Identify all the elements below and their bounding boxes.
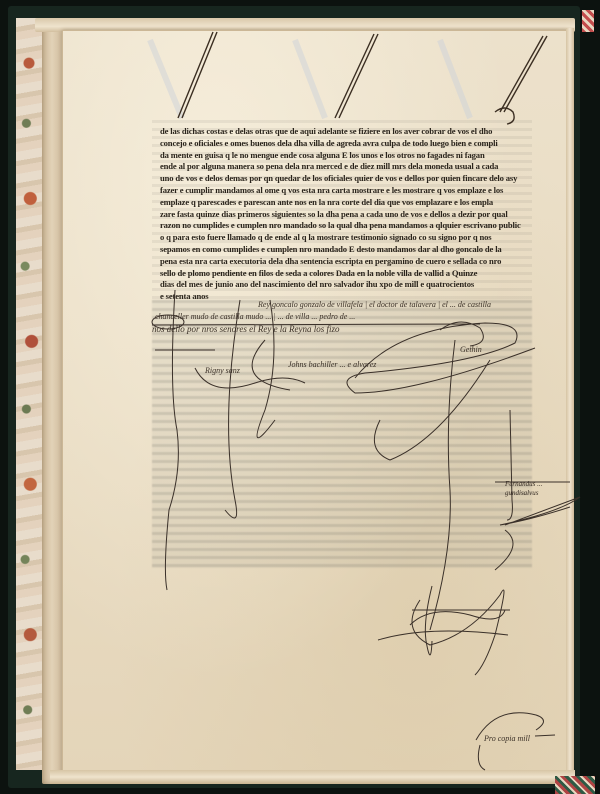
text-line: dias del mes de junio ano del nascimient… [160, 279, 540, 291]
signature-johns: Johns bachiller ... e alvarez [288, 360, 376, 369]
reverse-side-showthrough [152, 300, 532, 568]
bookmark-tassel-bottom [555, 776, 595, 794]
signature-fernandus: Fernandus ... gundisalvus [505, 480, 575, 498]
text-line: uno de vos e delos demas por qn quedar d… [160, 173, 540, 185]
text-line: o q para esto fuere llamado q de ende al… [160, 232, 540, 244]
floral-endpaper [16, 18, 42, 770]
council-annotation-3: nos dello por nros senores el Rey e la R… [152, 324, 340, 334]
text-line: sepamos en como cumplides e cumplen nro … [160, 244, 540, 256]
text-line: ende al por alguna manera so pena dela n… [160, 161, 540, 173]
text-line: pena esta nra carta executoria dela dha … [160, 256, 540, 268]
text-line: razon no cumplides e cumplen nro mandado… [160, 220, 540, 232]
text-line: zare fasta quinze dias primeros siguient… [160, 209, 540, 221]
right-page-fold [566, 28, 574, 770]
text-line: fazer e cumplir mandamos al ome q vos es… [160, 185, 540, 197]
footer-note: Pro copia mill [484, 734, 530, 743]
council-annotation-2: chanceller mudo de castilla mudo ... | .… [155, 312, 355, 321]
council-annotation-1: Rey goncalo gonzalo de villafela | el do… [258, 300, 491, 309]
text-line: emplaze q parescades e parescan ante nos… [160, 197, 540, 209]
text-line: concejo e oficiales e omes buenos dela d… [160, 138, 540, 150]
bookmark-tassel-top [582, 10, 594, 32]
bottom-page-fold [50, 770, 575, 784]
text-line: de las dichas costas e delas otras que d… [160, 126, 540, 138]
signature-gethin: Gethin [460, 345, 482, 354]
charter-body-text: de las dichas costas e delas otras que d… [160, 126, 540, 303]
text-line: da mente en guisa q le no mengue ende co… [160, 150, 540, 162]
signature-rigny: Rigny sanz [205, 366, 240, 375]
text-line: sello de plomo pendiente en filos de sed… [160, 268, 540, 280]
